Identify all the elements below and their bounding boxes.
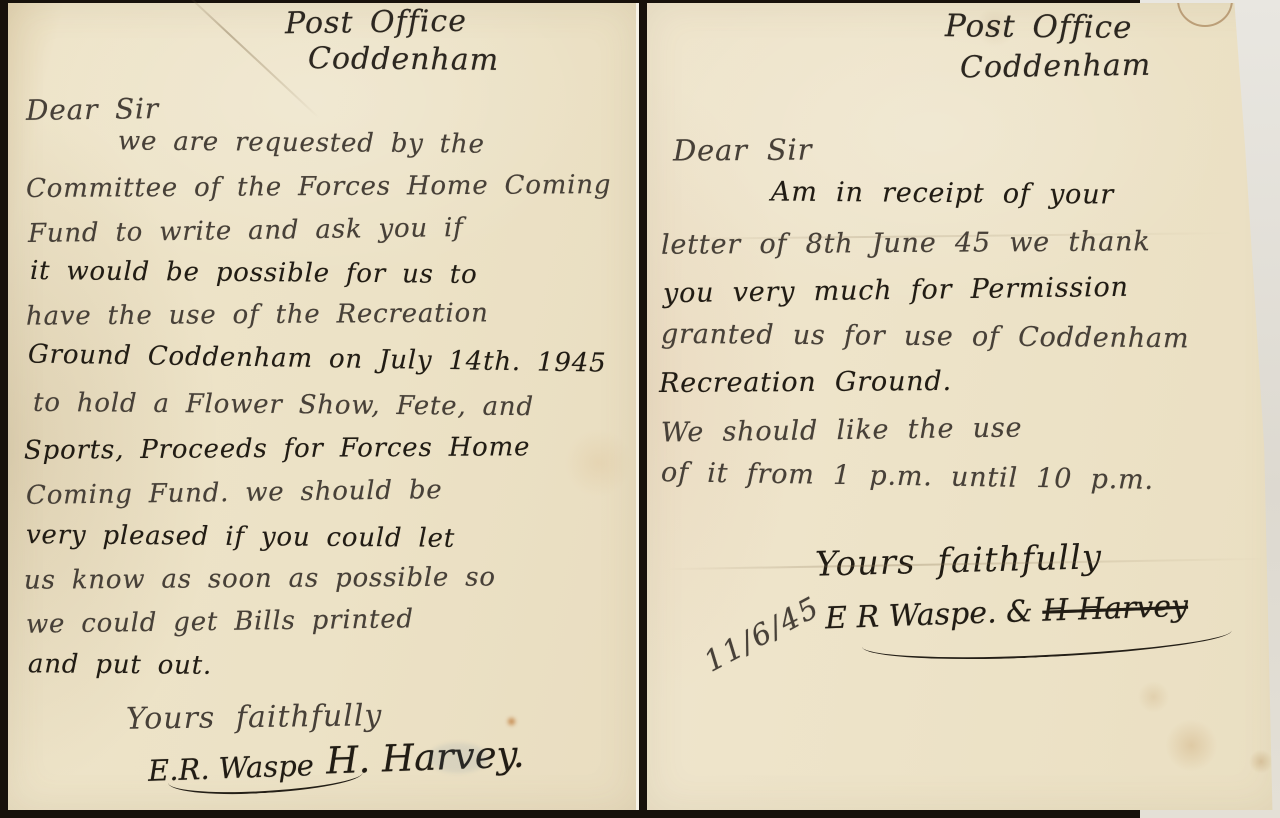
body-line: it would be possible for us to (30, 256, 478, 290)
body-line: of it from 1 p.m. until 10 p.m. (661, 457, 1154, 496)
body-line: letter of 8th June 45 we thank (661, 226, 1151, 260)
scanned-letters: Post Office Coddenham Dear Sir we are re… (0, 0, 1280, 818)
salutation: Dear Sir (673, 133, 812, 168)
body-line: we could get Bills printed (26, 604, 414, 639)
letterhead-line1: Post Office (945, 8, 1133, 46)
body-line: Committee of the Forces Home Coming (26, 170, 611, 204)
body-line: Coming Fund. we should be (26, 475, 443, 511)
body-line: granted us for use of Coddenham (661, 319, 1190, 355)
body-line: Fund to write and ask you if (28, 213, 464, 249)
body-line: us know as soon as possible so (24, 562, 496, 595)
body-line: We should like the use (661, 412, 1023, 448)
letter-page-left: Post Office Coddenham Dear Sir we are re… (8, 3, 639, 810)
rust-spot (508, 718, 515, 725)
body-line: Am in receipt of your (771, 177, 1114, 211)
ink-smudge (428, 743, 488, 773)
letter-page-right: Post Office Coddenham Dear Sir Am in rec… (647, 3, 1280, 810)
body-line: very pleased if you could let (26, 520, 455, 554)
body-line: have the use of the Recreation (26, 298, 489, 331)
embossed-stamp-circle (1177, 0, 1233, 27)
letterhead-line1: Post Office (285, 4, 467, 42)
body-line: we are requested by the (118, 126, 485, 159)
closing: Yours faithfully (126, 698, 383, 737)
body-line: and put out. (28, 649, 212, 681)
signature-harvey: H. Harvey. (325, 733, 525, 783)
body-line: you very much for Permission (663, 272, 1129, 309)
body-line: Ground Coddenham on July 14th. 1945 (28, 339, 607, 378)
date: 11/6/45 (698, 589, 825, 678)
salutation: Dear Sir (26, 92, 159, 127)
signature-waspe: E R Waspe. & (824, 594, 1033, 636)
letterhead-line2: Coddenham (308, 41, 499, 78)
signature-harvey-struck: H Harvey (1042, 589, 1189, 629)
body-line: Recreation Ground. (659, 366, 952, 399)
body-line: Sports, Proceeds for Forces Home (24, 432, 530, 466)
letterhead-line2: Coddenham (960, 48, 1152, 86)
body-line: to hold a Flower Show, Fete, and (33, 388, 534, 422)
